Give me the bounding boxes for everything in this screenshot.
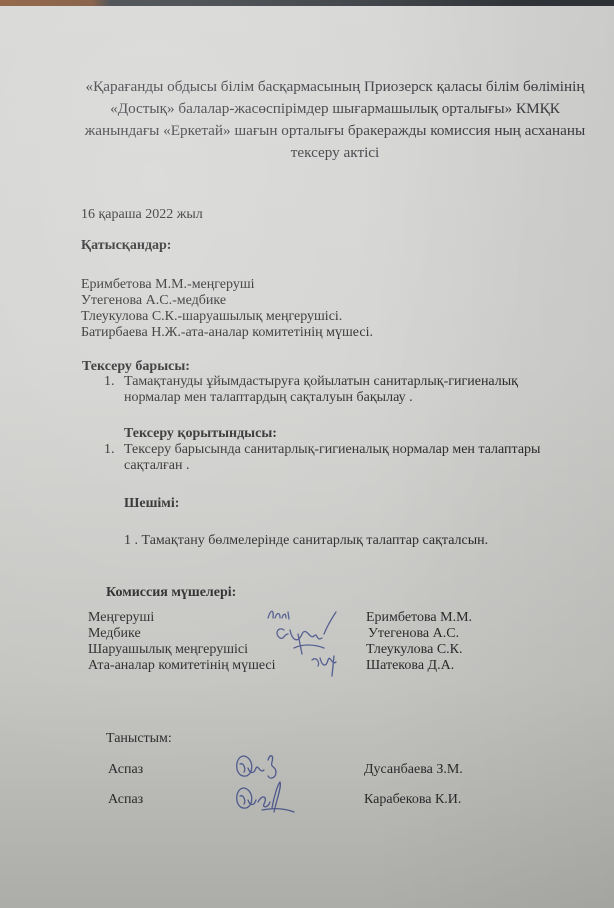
commission-heading: Комиссия мүшелері: (106, 585, 236, 601)
member-name: Еримбетова М.М. (366, 610, 472, 626)
member-name: Дусанбаева З.М. (364, 762, 463, 778)
list-text: нормалар мен талаптардың сақталуын бақыл… (124, 390, 413, 406)
inspection-result-heading: Тексеру қорытындысы: (124, 426, 277, 442)
decision-item: 1 . Тамақтану бөлмелерінде санитарлық та… (124, 533, 488, 549)
participant-item: Утегенова А.С.-медбике (81, 293, 226, 309)
document-date: 16 қараша 2022 жыл (81, 207, 203, 223)
member-name: Карабекова К.И. (364, 792, 461, 808)
acknowledged-heading: Таныстым: (106, 731, 172, 747)
list-number: 1. (104, 442, 115, 458)
member-role: Ата-аналар комитетінің мүшесі (88, 658, 276, 674)
title-line: «Достық» балалар-жасөспірімдер шығармашы… (70, 98, 600, 120)
participant-item: Батирбаева Н.Ж.-ата-аналар комитетінің м… (81, 325, 373, 341)
member-role: Меңгеруші (88, 610, 154, 626)
title-line: тексеру актісі (70, 142, 600, 164)
member-name: Утегенова А.С. (368, 626, 459, 642)
list-number: 1. (104, 374, 115, 390)
member-name: Шатекова Д.А. (366, 658, 454, 674)
signature-icon (262, 604, 362, 680)
member-role: Аспаз (108, 792, 143, 808)
member-name: Тлеукулова С.К. (366, 642, 463, 658)
member-role: Шаруашылық меңгерушісі (88, 642, 248, 658)
inspection-process-heading: Тексеру барысы: (82, 359, 190, 375)
document-title: «Қарағанды обдысы білім басқармасының Пр… (70, 76, 600, 164)
member-role: Аспаз (108, 762, 143, 778)
member-role: Медбике (88, 626, 141, 642)
participants-heading: Қатысқандар: (81, 238, 171, 254)
title-line: «Қарағанды обдысы білім басқармасының Пр… (70, 76, 600, 98)
decision-heading: Шешімі: (124, 496, 179, 512)
photo-background-edge (0, 0, 614, 6)
title-line: жанындағы «Еркетай» шағын орталығы браке… (70, 120, 600, 142)
signature-icon (232, 750, 292, 784)
participant-item: Тлеукулова С.К.-шаруашылық меңгерушісі. (81, 309, 342, 325)
list-text: Тамақтануды ұйымдастыруға қойылатын сани… (124, 374, 518, 390)
participant-item: Еримбетова М.М.-меңгеруші (81, 277, 255, 293)
list-text: Тексеру барысында санитарлық-гигиеналық … (124, 442, 540, 458)
list-text: сақталған . (124, 458, 189, 474)
signature-icon (232, 780, 302, 820)
